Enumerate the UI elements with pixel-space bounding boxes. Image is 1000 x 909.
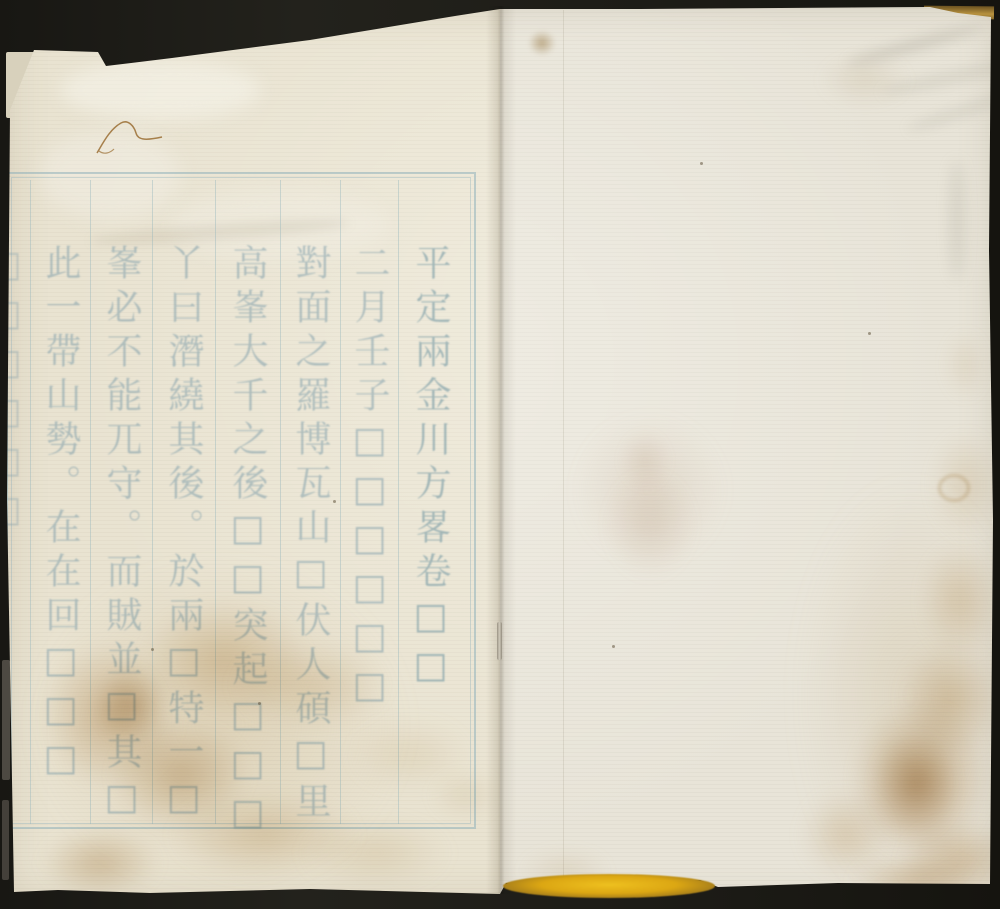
wrinkle-shadow bbox=[906, 95, 1000, 134]
under-page-edge bbox=[2, 660, 10, 780]
water-stain bbox=[900, 820, 1000, 900]
water-stain-halo bbox=[800, 480, 1000, 909]
page-crease bbox=[563, 10, 564, 882]
water-stain-core bbox=[870, 730, 960, 840]
under-page-edge bbox=[2, 800, 9, 880]
centre-blotch bbox=[620, 430, 670, 490]
wrinkle-shadow bbox=[846, 22, 984, 68]
text-block-frame bbox=[6, 172, 476, 829]
ring-stain bbox=[938, 474, 970, 502]
column-rule bbox=[30, 180, 31, 824]
water-stain bbox=[900, 640, 1000, 760]
water-stain bbox=[40, 828, 160, 898]
book-scan: 平定兩金川方畧卷□□ 二月壬子□□□□□□ 對面之羅博瓦山□伏人碩□里 高峯大千… bbox=[0, 0, 1000, 909]
speck bbox=[258, 702, 261, 705]
speck bbox=[333, 500, 336, 503]
staple bbox=[497, 622, 502, 660]
water-stain bbox=[850, 855, 980, 905]
speck bbox=[700, 162, 703, 165]
water-stain bbox=[945, 330, 985, 400]
water-stain bbox=[930, 430, 1000, 540]
spine-fold-shadow bbox=[486, 6, 516, 894]
column-rule bbox=[152, 180, 153, 824]
speck bbox=[612, 645, 615, 648]
hair-fiber-mark bbox=[0, 0, 260, 200]
crease-highlight bbox=[60, 60, 260, 120]
centre-blotch bbox=[575, 415, 725, 565]
column-rule bbox=[90, 180, 91, 824]
binding-thread bbox=[503, 874, 715, 898]
wrinkle-shadow bbox=[881, 62, 1000, 97]
speck bbox=[868, 332, 871, 335]
wrinkle-shadow bbox=[950, 160, 964, 280]
tan-mark-spine bbox=[528, 30, 556, 56]
water-stain-core bbox=[850, 700, 990, 860]
column-rule bbox=[215, 180, 216, 824]
column-rule bbox=[340, 180, 341, 824]
column-rule bbox=[280, 180, 281, 824]
water-stain bbox=[920, 540, 1000, 660]
water-stain bbox=[800, 790, 890, 880]
centre-blotch bbox=[605, 470, 695, 580]
stain-top-right bbox=[820, 55, 910, 105]
speck bbox=[151, 648, 154, 651]
text-block-inner-border bbox=[11, 177, 471, 824]
column-rule bbox=[398, 180, 399, 824]
